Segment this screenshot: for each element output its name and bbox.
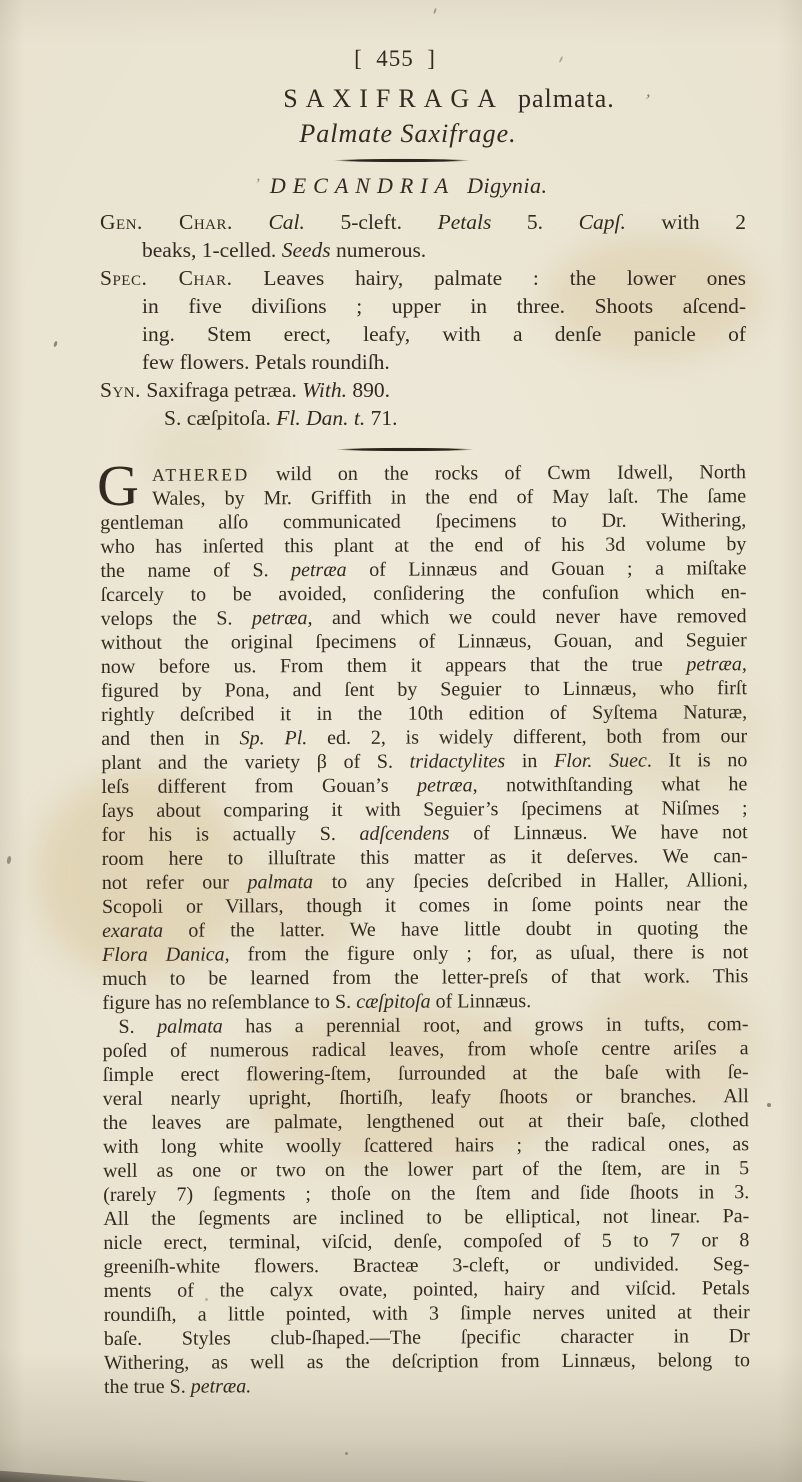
text-segment: petræa, bbox=[686, 653, 747, 675]
description-text: G ATHERED wild on the rocks of Cwm Idwel… bbox=[100, 461, 750, 1400]
text-segment: figured by Pona, and ſent by Seguier to … bbox=[101, 677, 747, 702]
text-segment: numerous. bbox=[331, 238, 427, 262]
text-segment: beaks, 1-celled. bbox=[142, 238, 282, 262]
linnaean-class: DECANDRIA bbox=[270, 173, 455, 198]
text-segment: the name of S. bbox=[100, 559, 291, 582]
text-line: All the ſegments are inclined to be elli… bbox=[103, 1205, 749, 1232]
book-page: [ 455 ] SAXIFRAGApalmata. ’ Palmate Saxi… bbox=[0, 0, 802, 1482]
text-line: in five diviſions ; upper in three. Shoo… bbox=[100, 294, 746, 322]
text-line: figured by Pona, and ſent by Seguier to … bbox=[101, 677, 747, 704]
text-segment: Seeds bbox=[282, 238, 331, 262]
text-line: well as one or two on the lower part of … bbox=[103, 1157, 749, 1184]
text-line: leſs different from Gouan’s petræa, notw… bbox=[101, 773, 747, 800]
text-line: the leaves are palmate, lengthened out a… bbox=[103, 1109, 749, 1136]
text-segment: Syn. bbox=[100, 378, 141, 402]
text-segment: All the ſegments are inclined to be elli… bbox=[103, 1205, 749, 1230]
text-segment: poſed of numerous radical leaves, from w… bbox=[103, 1037, 749, 1062]
text-line: baſe. Styles club-ſhaped.—The ſpecific c… bbox=[104, 1325, 750, 1352]
text-line: (rarely 7) ſegments ; thoſe on the ſtem … bbox=[103, 1181, 749, 1208]
text-segment: palmata bbox=[157, 1015, 223, 1037]
text-line: plant and the variety β of S. tridactyli… bbox=[101, 749, 747, 776]
text-segment: rightly deſcribed it in the 10th edition… bbox=[101, 701, 747, 726]
text-segment: 5. bbox=[491, 210, 578, 234]
text-segment: velops the S. bbox=[101, 607, 252, 630]
text-line: poſed of numerous radical leaves, from w… bbox=[103, 1037, 749, 1064]
text-line: the name of S. petræa of Linnæus and Gou… bbox=[100, 557, 746, 584]
page-title: SAXIFRAGApalmata. bbox=[126, 84, 772, 114]
text-line: and then in Sp. Pl. ed. 2, is widely dif… bbox=[101, 725, 747, 752]
text-segment: plant and the variety β of S. bbox=[101, 751, 409, 774]
text-line: ſimple erect flowering-ſtem, ſurrounded … bbox=[103, 1061, 749, 1088]
text-segment: not refer our bbox=[102, 871, 248, 894]
text-line: rightly deſcribed it in the 10th edition… bbox=[101, 701, 747, 728]
text-segment: Scopoli or Villars, though it comes in ſ… bbox=[102, 893, 748, 918]
text-line: much to be learned from the letter-preſs… bbox=[102, 965, 748, 992]
text-line: veral nearly upright, ſhortiſh, leafy ſh… bbox=[103, 1085, 749, 1112]
swelled-rule bbox=[307, 158, 497, 163]
text-line: not refer our palmata to any ſpecies deſ… bbox=[102, 869, 748, 896]
text-line: S. cæſpitoſa. Fl. Dan. t. 71. bbox=[100, 406, 746, 434]
text-segment: 71. bbox=[365, 406, 397, 430]
text-segment: to any ſpecies deſcribed in Haller, Alli… bbox=[313, 869, 748, 893]
text-segment: the leaves are palmate, lengthened out a… bbox=[103, 1109, 749, 1134]
text-segment: . It is no bbox=[647, 749, 748, 771]
text-line: Withering, as well as the deſcription fr… bbox=[104, 1349, 750, 1376]
text-segment: figure has no reſemblance to S. bbox=[102, 991, 356, 1014]
text-segment: , from the figure only ; for, as uſual, … bbox=[225, 941, 749, 965]
text-segment: Wales, by Mr. Griffith in the end of May… bbox=[152, 485, 746, 510]
text-line: room here to illuſtrate this matter as i… bbox=[102, 845, 748, 872]
text-line: exarata of the latter. We have little do… bbox=[102, 917, 748, 944]
text-segment: in five diviſions ; upper in three. Shoo… bbox=[142, 294, 746, 318]
text-line: without the original ſpecimens of Linnæu… bbox=[101, 629, 747, 656]
text-segment: Petals bbox=[438, 210, 492, 234]
text-segment: has a perennial root, and grows in tufts… bbox=[223, 1013, 749, 1037]
text-line: Syn. Saxifraga petræa. With. 890. bbox=[100, 378, 746, 406]
text-line: S. palmata has a perennial root, and gro… bbox=[102, 1013, 748, 1040]
text-segment: S. bbox=[118, 1016, 157, 1038]
classification-line: ’DECANDRIADigynia. bbox=[78, 173, 724, 199]
text-segment: ing. Stem erect, leafy, with a denſe pan… bbox=[142, 322, 746, 346]
text-segment: the true S. bbox=[104, 1376, 191, 1398]
text-line: Spec. Char. Leaves hairy, palmate : the … bbox=[100, 266, 746, 294]
text-segment: petræa bbox=[417, 774, 473, 796]
text-segment: of Linnæus. bbox=[431, 990, 532, 1012]
text-segment: S. cæſpitoſa. bbox=[164, 406, 276, 430]
text-segment bbox=[233, 210, 269, 234]
text-segment: gentleman alſo communicated ſpecimens to… bbox=[100, 509, 746, 534]
text-segment: wild on the rocks of Cwm Idwell, North bbox=[250, 461, 746, 485]
text-line: ATHERED wild on the rocks of Cwm Idwell,… bbox=[100, 461, 746, 488]
text-segment: ſimple erect flowering-ſtem, ſurrounded … bbox=[103, 1061, 749, 1086]
species-name: palmata. bbox=[518, 84, 615, 113]
text-segment: and which we could never have removed bbox=[312, 605, 746, 629]
text-line: ſays about comparing it with Seguier’s ſ… bbox=[101, 797, 747, 824]
text-segment: petræa, bbox=[252, 607, 313, 629]
text-segment: 890. bbox=[347, 378, 390, 402]
text-segment: petræa. bbox=[191, 1375, 252, 1397]
text-segment: for his is actually S. bbox=[102, 823, 360, 846]
text-segment: With. bbox=[302, 378, 347, 402]
common-name: Palmate Saxifrage. bbox=[85, 119, 731, 149]
text-line: roundiſh, a little pointed, with 3 ſimpl… bbox=[104, 1301, 750, 1328]
text-segment: veral nearly upright, ſhortiſh, leafy ſh… bbox=[103, 1085, 749, 1110]
text-segment: 5-cleft. bbox=[305, 210, 438, 234]
text-segment: well as one or two on the lower part of … bbox=[103, 1157, 749, 1182]
text-segment: much to be learned from the letter-preſs… bbox=[102, 965, 748, 990]
drop-cap: G bbox=[97, 461, 139, 511]
text-line: with long white woolly ſcattered hairs ;… bbox=[103, 1133, 749, 1160]
text-line: velops the S. petræa, and which we could… bbox=[101, 605, 747, 632]
text-segment: Cal. bbox=[268, 210, 304, 234]
linnaean-order: Digynia. bbox=[467, 173, 547, 198]
text-line: Wales, by Mr. Griffith in the end of May… bbox=[100, 485, 746, 512]
text-segment: Spec. Char. bbox=[100, 266, 233, 290]
text-segment: Capſ. bbox=[579, 210, 626, 234]
text-segment: , notwithſtanding what he bbox=[473, 773, 748, 796]
text-segment: Fl. Dan. t. bbox=[276, 406, 365, 430]
text-line: beaks, 1-celled. Seeds numerous. bbox=[100, 238, 746, 266]
text-line: nicle erect, terminal, viſcid, denſe, co… bbox=[103, 1229, 749, 1256]
text-line: now before us. From them it appears that… bbox=[101, 653, 747, 680]
text-segment: (rarely 7) ſegments ; thoſe on the ſtem … bbox=[103, 1181, 749, 1206]
text-segment: and then in bbox=[101, 727, 240, 750]
scan-speck bbox=[433, 8, 437, 14]
text-segment: room here to illuſtrate this matter as i… bbox=[102, 845, 748, 870]
text-line: figure has no reſemblance to S. cæſpitoſ… bbox=[102, 989, 748, 1016]
botanical-characters: Gen. Char. Cal. 5-cleft. Petals 5. Capſ.… bbox=[100, 210, 746, 434]
text-segment: exarata bbox=[102, 920, 163, 942]
text-segment: of the latter. We have little doubt in q… bbox=[163, 917, 748, 942]
text-line: who has inſerted this plant at the end o… bbox=[100, 533, 746, 560]
text-segment: cæſpitoſa bbox=[356, 991, 431, 1013]
text-line: the true S. petræa. bbox=[104, 1373, 750, 1400]
text-line: ing. Stem erect, leafy, with a denſe pan… bbox=[100, 322, 746, 350]
text-segment: greeniſh-white flowers. Bracteæ 3-cleft,… bbox=[103, 1253, 749, 1278]
text-segment: adſcendens bbox=[359, 822, 449, 844]
text-segment: in bbox=[505, 750, 554, 772]
page-edge-shadow bbox=[0, 1466, 150, 1482]
text-line: Scopoli or Villars, though it comes in ſ… bbox=[102, 893, 748, 920]
text-segment: Flor. Suec bbox=[554, 750, 647, 772]
text-segment: Saxifraga petræa. bbox=[141, 378, 302, 402]
scan-speck bbox=[53, 341, 58, 348]
text-line: ments of the calyx ovate, pointed, hairy… bbox=[104, 1277, 750, 1304]
text-line: for his is actually S. adſcendens of Lin… bbox=[102, 821, 748, 848]
text-segment: leſs different from Gouan’s bbox=[101, 775, 417, 798]
text-segment: Leaves hairy, palmate : the lower ones bbox=[233, 266, 746, 290]
text-segment: without the original ſpecimens of Linnæu… bbox=[101, 629, 747, 654]
text-segment: few flowers. Petals roundiſh. bbox=[142, 350, 390, 374]
text-segment: Gen. Char. bbox=[100, 210, 233, 234]
text-line: gentleman alſo communicated ſpecimens to… bbox=[100, 509, 746, 536]
text-segment: Sp. Pl. bbox=[240, 727, 308, 749]
text-line: Gen. Char. Cal. 5-cleft. Petals 5. Capſ.… bbox=[100, 210, 746, 238]
text-segment: ments of the calyx ovate, pointed, hairy… bbox=[104, 1277, 750, 1302]
text-segment: with 2 bbox=[626, 210, 746, 234]
text-line: greeniſh-white flowers. Bracteæ 3-cleft,… bbox=[103, 1253, 749, 1280]
text-segment: who has inſerted this plant at the end o… bbox=[100, 533, 746, 558]
text-segment: nicle erect, terminal, viſcid, denſe, co… bbox=[103, 1229, 749, 1254]
genus-name: SAXIFRAGA bbox=[283, 84, 504, 113]
text-segment: ſcarcely to be avoided, conſidering the … bbox=[101, 581, 747, 606]
scan-speck bbox=[767, 1103, 771, 1107]
swelled-rule bbox=[309, 447, 501, 452]
text-segment: tridactylites bbox=[410, 750, 506, 772]
text-segment: palmata bbox=[247, 871, 313, 893]
text-segment: ſays about comparing it with Seguier’s ſ… bbox=[101, 797, 747, 822]
scan-speck bbox=[6, 856, 11, 865]
text-line: few flowers. Petals roundiſh. bbox=[100, 350, 746, 378]
text-segment: with long white woolly ſcattered hairs ;… bbox=[103, 1133, 749, 1158]
text-segment: Withering, as well as the deſcription fr… bbox=[104, 1349, 750, 1374]
text-segment: baſe. Styles club-ſhaped.—The ſpecific c… bbox=[104, 1325, 750, 1350]
text-segment: petræa bbox=[291, 559, 347, 581]
text-segment: of Linnæus and Gouan ; a miſtake bbox=[347, 557, 747, 581]
scan-mark: ’ bbox=[255, 176, 260, 193]
text-segment: now before us. From them it appears that… bbox=[101, 653, 687, 678]
text-segment: Flora Danica bbox=[102, 943, 225, 966]
text-segment: roundiſh, a little pointed, with 3 ſimpl… bbox=[104, 1301, 750, 1326]
scan-speck bbox=[345, 1452, 348, 1455]
text-segment: ed. 2, is widely different, both from ou… bbox=[307, 725, 747, 749]
text-line: ſcarcely to be avoided, conſidering the … bbox=[101, 581, 747, 608]
text-segment: ATHERED bbox=[152, 464, 250, 484]
text-line: Flora Danica, from the figure only ; for… bbox=[102, 941, 748, 968]
text-segment: of Linnæus. We have not bbox=[449, 821, 747, 844]
page-number: [ 455 ] bbox=[72, 46, 718, 72]
